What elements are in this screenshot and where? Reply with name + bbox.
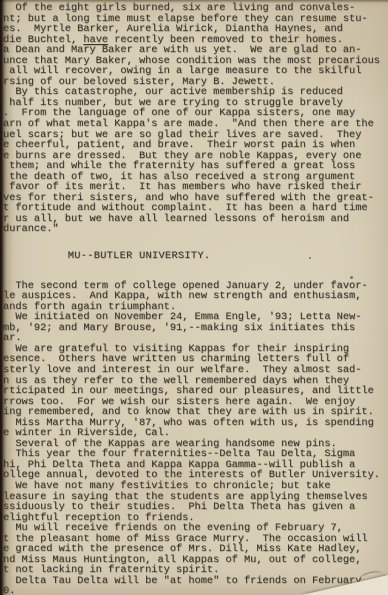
document-page: Of the eight girls burned, six are livin…	[0, 0, 388, 595]
text-line: r us all, but we have all learned lesson…	[3, 214, 388, 225]
ink-speck	[350, 276, 353, 279]
ink-speck	[309, 257, 311, 259]
binding-shadow	[0, 0, 14, 595]
page-top-edge-shadow	[0, 0, 388, 3]
text-line: We have not many festivities to chronicl…	[3, 481, 388, 492]
text-line: rticipated in our meetings, shared our p…	[3, 386, 388, 397]
page-text: Of the eight girls burned, six are livin…	[3, 3, 388, 595]
text-line: mb, '92; and Mary Brouse, '91,--making s…	[3, 323, 388, 334]
text-line: arn of what metal Kappa's are made. "And…	[3, 119, 388, 130]
text-line: Of the eight girls burned, six are livin…	[3, 3, 388, 14]
text-line: sterly love and interest in our welfare.…	[3, 365, 388, 376]
text-line: durance."	[3, 224, 388, 235]
section-heading: MU--BUTLER UNIVERSITY.	[3, 251, 388, 262]
